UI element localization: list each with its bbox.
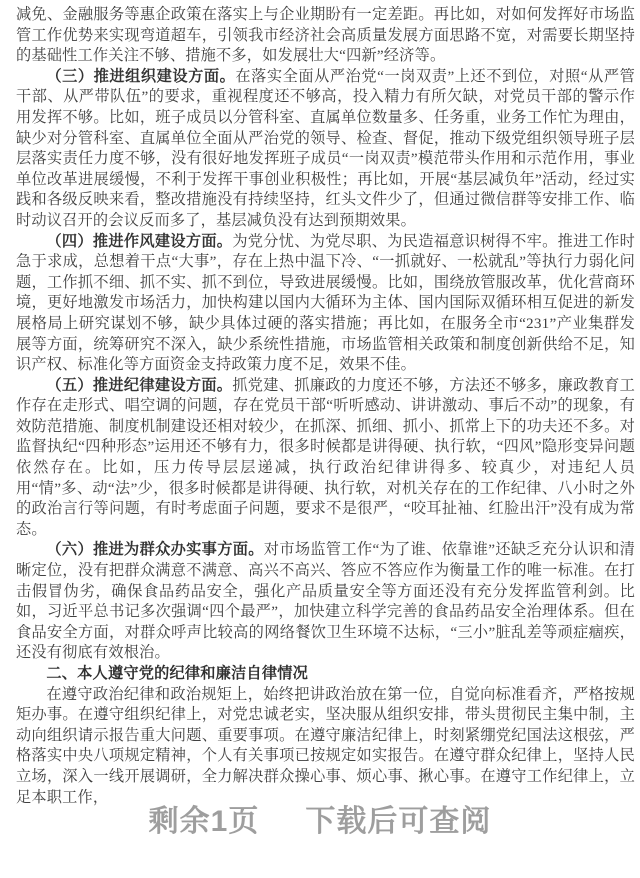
remaining-pages-label: 剩余1页 bbox=[149, 805, 260, 838]
download-hint-label[interactable]: 下载后可查阅 bbox=[305, 805, 491, 838]
paragraph: 减免、金融服务等惠企政策在落实上与企业期盼有一定差距。再比如，对如何发挥好市场监… bbox=[16, 5, 635, 67]
paragraph: （三）推进组织建设方面。在落实全面从严治党“一岗双责”上还不到位，对照“从严管干… bbox=[16, 67, 635, 232]
paragraph-lead: 二、本人遵守党的纪律和廉洁自律情况 bbox=[46, 665, 308, 682]
section-heading: 二、本人遵守党的纪律和廉洁自律情况 bbox=[16, 664, 635, 685]
paragraph-lead: （六）推进为群众办实事方面。 bbox=[46, 541, 263, 558]
paragraph-text: 在遵守政治纪律和政治规矩上，始终把讲政治放在第一位，自觉向标准看齐，严格按规矩办… bbox=[16, 686, 635, 806]
pagination-banner[interactable]: 剩余1页下载后可查阅 bbox=[0, 796, 640, 840]
document-body: 减免、金融服务等惠企政策在落实上与企业期盼有一定差距。再比如，对如何发挥好市场监… bbox=[0, 0, 640, 808]
document-page: 减免、金融服务等惠企政策在落实上与企业期盼有一定差距。再比如，对如何发挥好市场监… bbox=[0, 0, 640, 878]
paragraph-text: 在落实全面从严治党“一岗双责”上还不到位，对照“从严管干部、从严带队伍”的要求，… bbox=[16, 68, 635, 229]
paragraph-lead: （三）推进组织建设方面。 bbox=[46, 68, 235, 85]
paragraph: （五）推进纪律建设方面。抓党建、抓廉政的力度还不够，方法还不够多，廉政教育工作存… bbox=[16, 376, 635, 541]
paragraph-text: 对市场监管工作“为了谁、依靠谁”还缺乏充分认识和清晰定位，没有把群众满意不满意、… bbox=[16, 541, 635, 661]
paragraph-text: 为党分忧、为党尽职、为民造福意识树得不牢。推进工作时急于求成，总想着干点“大事”… bbox=[16, 233, 635, 374]
paragraph-text: 抓党建、抓廉政的力度还不够，方法还不够多，廉政教育工作存在走形式、唱空调的问题，… bbox=[16, 377, 635, 538]
paragraph: （六）推进为群众办实事方面。对市场监管工作“为了谁、依靠谁”还缺乏充分认识和清晰… bbox=[16, 540, 635, 664]
paragraph-lead: （五）推进纪律建设方面。 bbox=[46, 377, 232, 394]
paragraph-text: 减免、金融服务等惠企政策在落实上与企业期盼有一定差距。再比如，对如何发挥好市场监… bbox=[16, 6, 635, 64]
paragraph: （四）推进作风建设方面。为党分忧、为党尽职、为民造福意识树得不牢。推进工作时急于… bbox=[16, 232, 635, 376]
paragraph: 在遵守政治纪律和政治规矩上，始终把讲政治放在第一位，自觉向标准看齐，严格按规矩办… bbox=[16, 685, 635, 809]
paragraph-lead: （四）推进作风建设方面。 bbox=[46, 233, 232, 250]
